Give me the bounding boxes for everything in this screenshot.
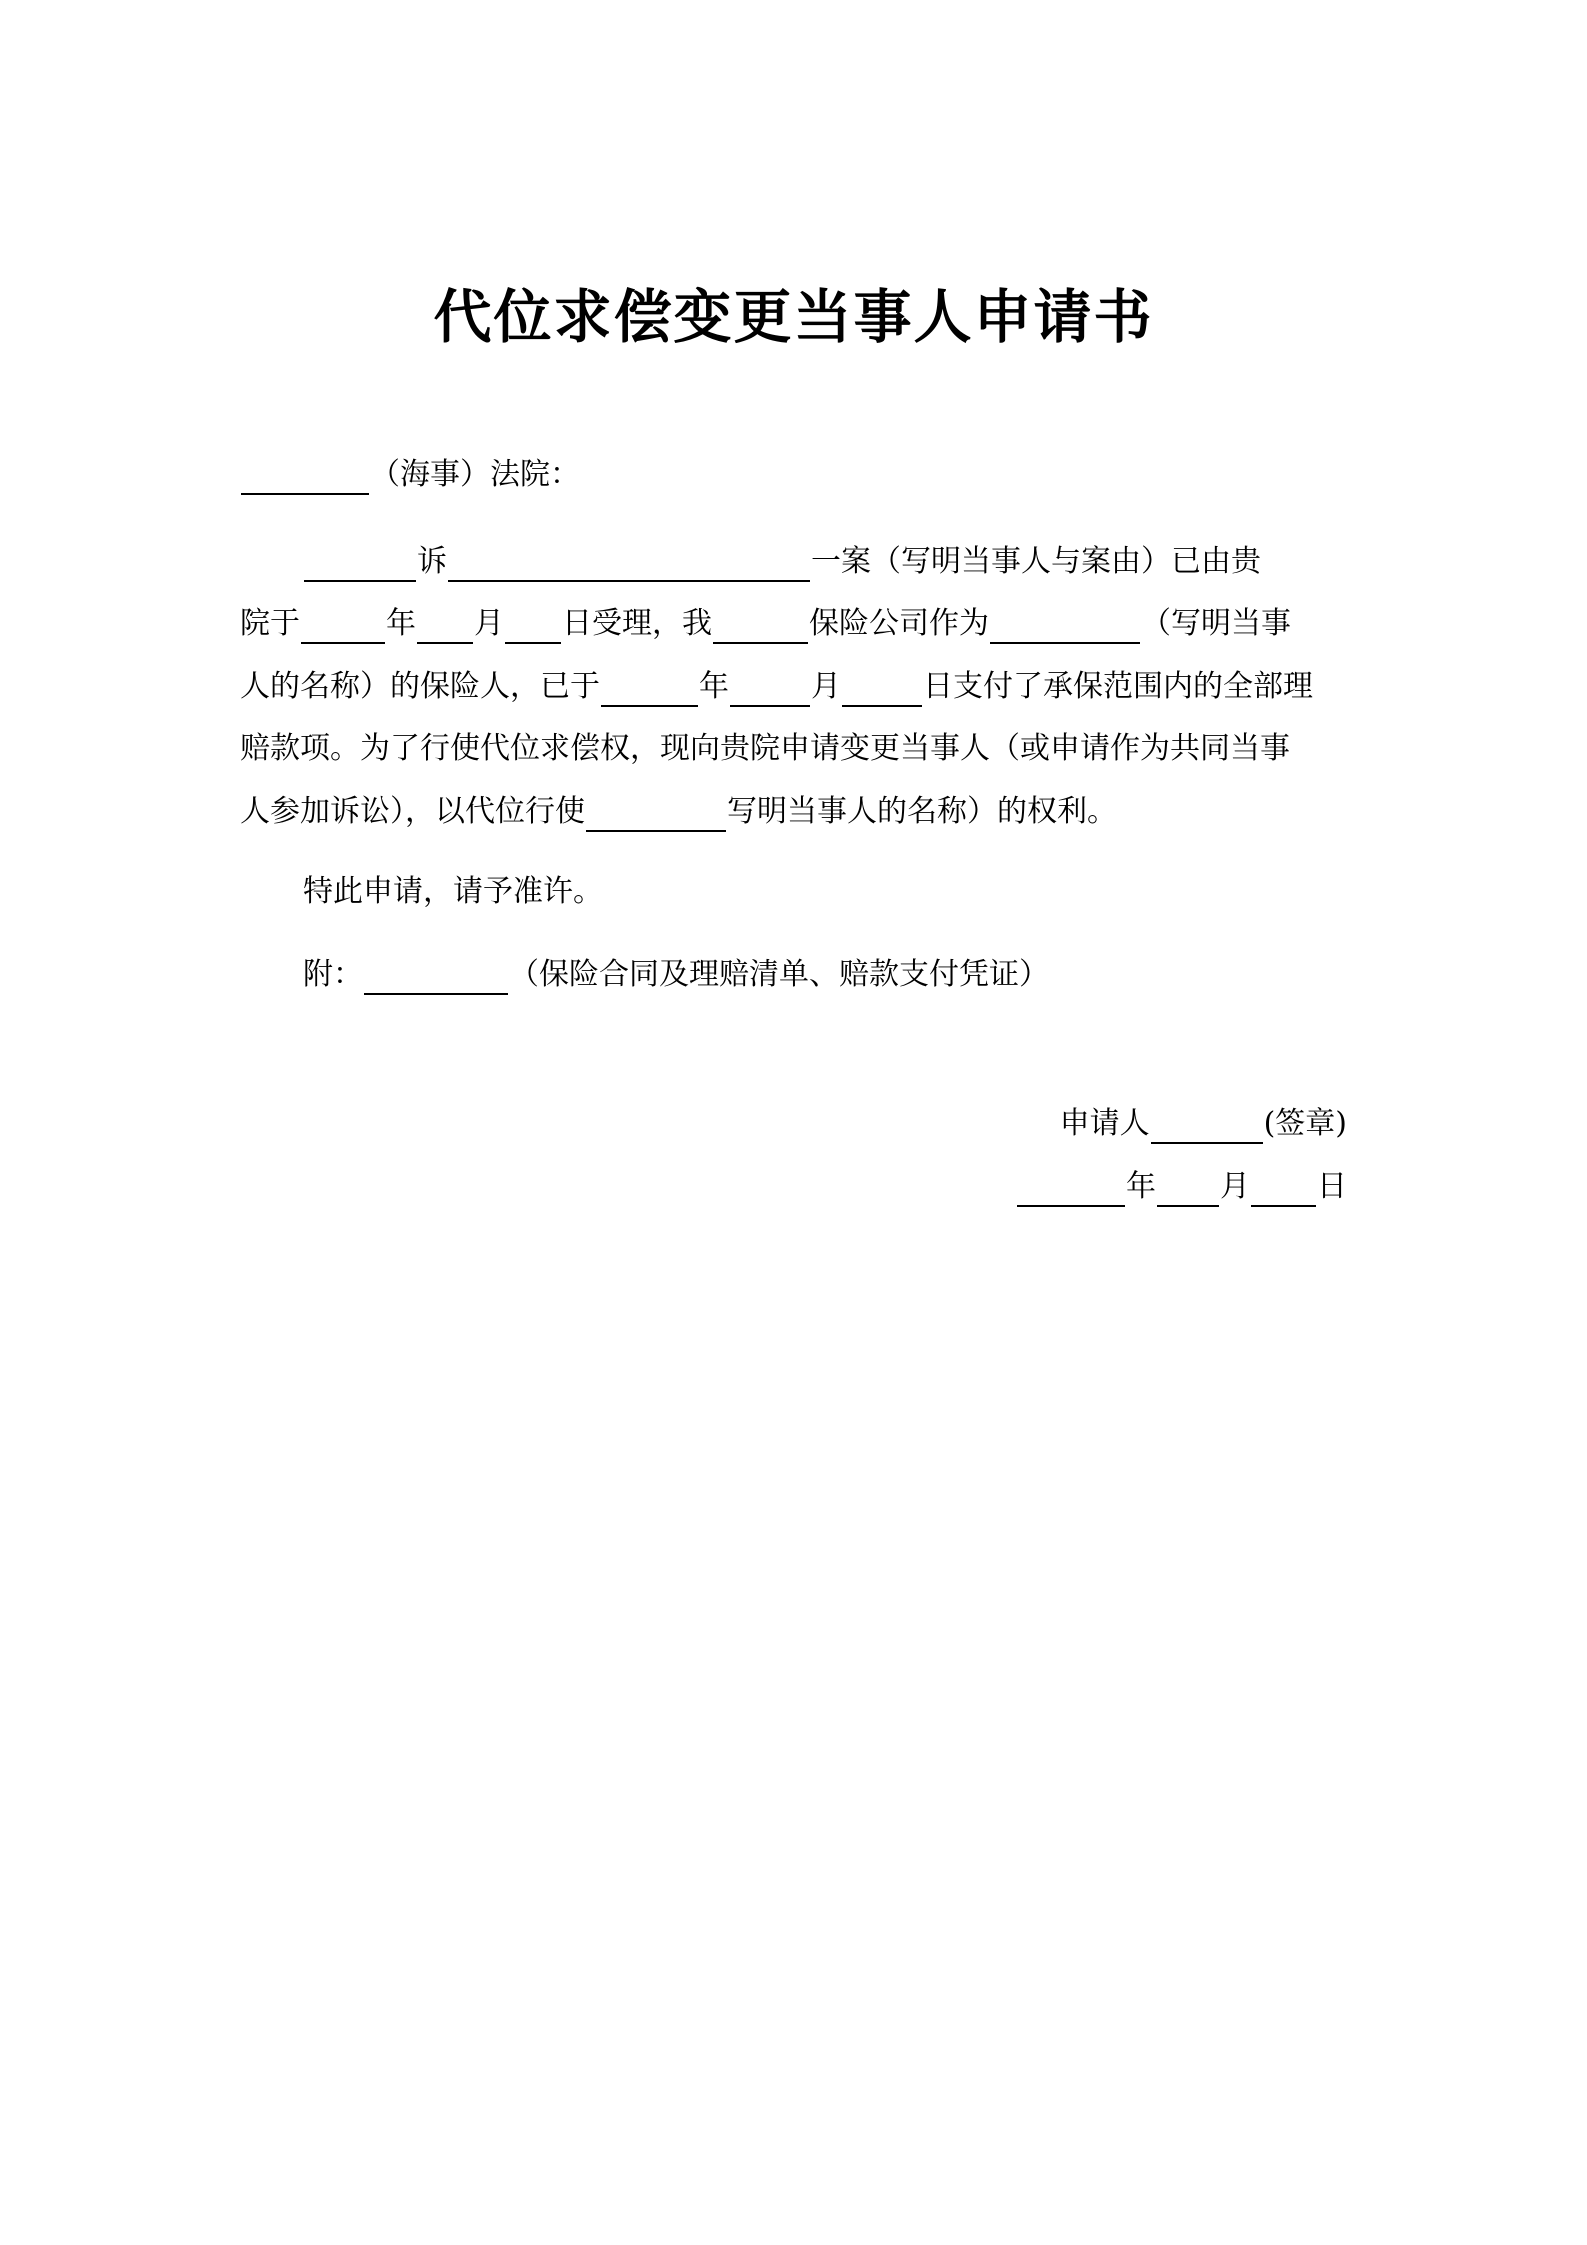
signature-line: 申请人(签章): [900, 1104, 1347, 1144]
text-segment: 一案（写明当事人与案由）已由贵: [811, 542, 1261, 582]
text-segment: 日: [1317, 1167, 1347, 1207]
request-text: 特此申请，请予准许。: [303, 872, 603, 912]
fill-in-blank[interactable]: [417, 614, 473, 644]
fill-in-blank[interactable]: [448, 552, 810, 582]
text-segment: （写明当事: [1141, 604, 1291, 644]
text-segment: 月: [474, 604, 504, 644]
fill-in-blank[interactable]: [601, 677, 698, 707]
fill-in-blank[interactable]: [241, 465, 369, 495]
text-segment: （海事）法院：: [370, 455, 580, 495]
text-segment: 月: [1220, 1167, 1250, 1207]
document-title: 代位求偿变更当事人申请书: [0, 282, 1587, 352]
text-segment: 院于: [240, 604, 300, 644]
body-line-1: 诉一案（写明当事人与案由）已由贵: [240, 542, 1261, 582]
fill-in-blank[interactable]: [1151, 1114, 1263, 1144]
fill-in-blank[interactable]: [1017, 1177, 1125, 1207]
attachment-line: 附：（保险合同及理赔清单、赔款支付凭证）: [303, 955, 1049, 995]
body-line-5: 人参加诉讼），以代位行使写明当事人的名称）的权利。: [240, 792, 1117, 832]
fill-in-blank[interactable]: [990, 614, 1140, 644]
fill-in-blank[interactable]: [730, 677, 810, 707]
text-segment: 年: [1126, 1167, 1156, 1207]
text-segment: 保险公司作为: [809, 604, 989, 644]
fill-in-blank[interactable]: [364, 965, 508, 995]
fill-in-blank[interactable]: [586, 802, 726, 832]
text-segment: 人参加诉讼），以代位行使: [240, 792, 585, 832]
fill-in-blank[interactable]: [304, 552, 416, 582]
text-segment: 人的名称）的保险人，已于: [240, 667, 600, 707]
fill-in-blank[interactable]: [1251, 1177, 1316, 1207]
document-page: 代位求偿变更当事人申请书 （海事）法院： 诉一案（写明当事人与案由）已由贵 院于…: [0, 0, 1587, 2245]
text-segment: 申请人: [1060, 1104, 1150, 1144]
text-segment: （保险合同及理赔清单、赔款支付凭证）: [509, 955, 1049, 995]
text-segment: 写明当事人的名称）的权利。: [727, 792, 1117, 832]
body-line-2: 院于年月日受理，我保险公司作为（写明当事: [240, 604, 1291, 644]
fill-in-blank[interactable]: [301, 614, 385, 644]
text-segment: 赔款项。为了行使代位求偿权，现向贵院申请变更当事人（或申请作为共同当事: [240, 729, 1290, 769]
body-line-4: 赔款项。为了行使代位求偿权，现向贵院申请变更当事人（或申请作为共同当事: [240, 729, 1290, 769]
text-segment: (签章): [1264, 1104, 1347, 1144]
request-line: 特此申请，请予准许。: [303, 872, 603, 912]
text-segment: 诉: [417, 542, 447, 582]
text-segment: 附：: [303, 955, 363, 995]
fill-in-blank[interactable]: [1157, 1177, 1219, 1207]
fill-in-blank[interactable]: [713, 614, 808, 644]
text-segment: 日受理，我: [562, 604, 712, 644]
addressee-line: （海事）法院：: [240, 455, 580, 495]
text-segment: 年: [699, 667, 729, 707]
body-line-3: 人的名称）的保险人，已于年月日支付了承保范围内的全部理: [240, 667, 1313, 707]
fill-in-blank[interactable]: [505, 614, 561, 644]
fill-in-blank[interactable]: [842, 677, 922, 707]
text-segment: 日支付了承保范围内的全部理: [923, 667, 1313, 707]
date-line: 年月日: [900, 1167, 1347, 1207]
text-segment: 月: [811, 667, 841, 707]
text-segment: 年: [386, 604, 416, 644]
